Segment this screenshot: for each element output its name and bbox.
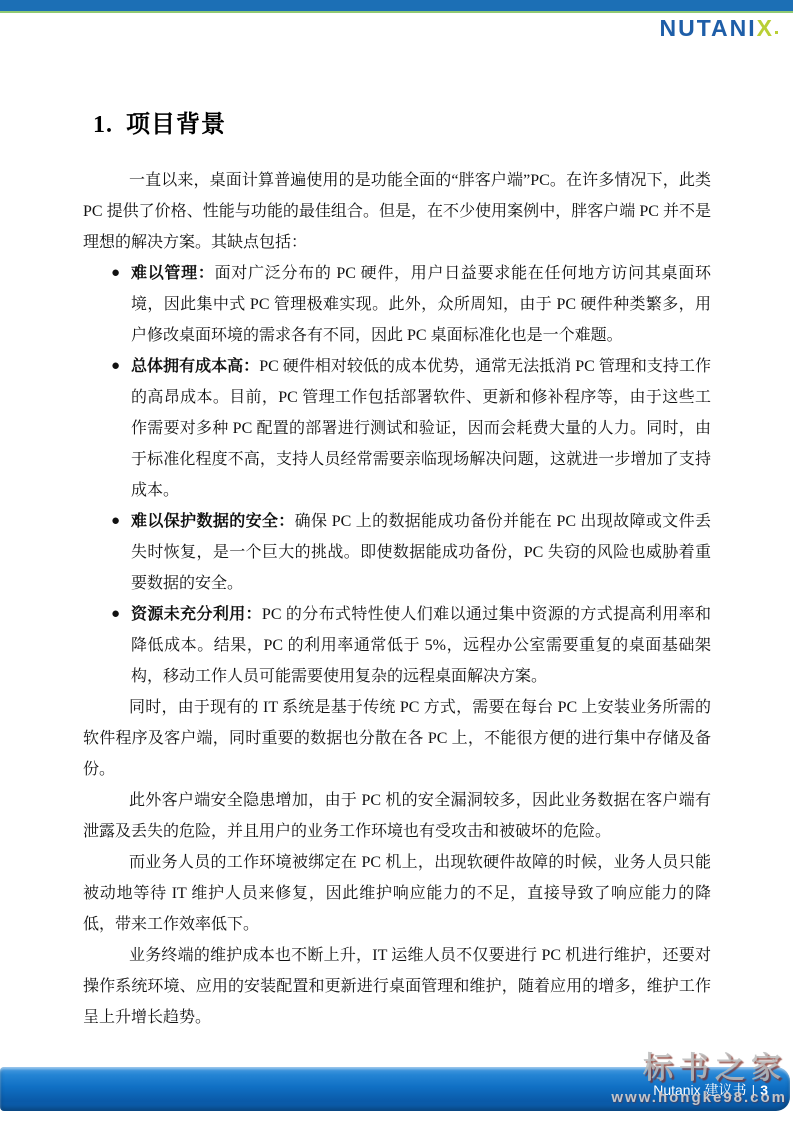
drawback-list: ●难以管理：面对广泛分布的 PC 硬件，用户日益要求能在任何地方访问其桌面环境，… — [83, 258, 711, 692]
header-bar — [0, 0, 793, 13]
bullet-lead: 资源未充分利用： — [131, 606, 262, 623]
bullet-icon: ● — [111, 351, 120, 382]
footer-separator: | — [752, 1082, 756, 1098]
section-title-text: 项目背景 — [126, 111, 226, 138]
section-number: 1. — [93, 112, 113, 138]
list-item: ●资源未充分利用：PC 的分布式特性使人们难以通过集中资源的方式提高利用率和降低… — [83, 599, 711, 692]
document-content: 1.项目背景 一直以来，桌面计算普遍使用的是功能全面的“胖客户端”PC。在许多情… — [83, 13, 711, 1033]
list-item: ●难以管理：面对广泛分布的 PC 硬件，用户日益要求能在任何地方访问其桌面环境，… — [83, 258, 711, 351]
paragraph: 此外客户端安全隐患增加，由于 PC 机的安全漏洞较多，因此业务数据在客户端有泄露… — [83, 785, 711, 847]
list-item: ●总体拥有成本高：PC 硬件相对较低的成本优势，通常无法抵消 PC 管理和支持工… — [83, 351, 711, 506]
paragraph: 同时，由于现有的 IT 系统是基于传统 PC 方式，需要在每台 PC 上安装业务… — [83, 692, 711, 785]
bullet-lead: 难以管理： — [131, 265, 215, 282]
footer-bar: Nutanix 建议书|3 — [0, 1067, 790, 1111]
list-item: ●难以保护数据的安全：确保 PC 上的数据能成功备份并能在 PC 出现故障或文件… — [83, 506, 711, 599]
bullet-text: PC 硬件相对较低的成本优势，通常无法抵消 PC 管理和支持工作的高昂成本。目前… — [131, 358, 711, 499]
footer-text: Nutanix 建议书|3 — [653, 1080, 768, 1100]
bullet-lead: 难以保护数据的安全： — [131, 513, 295, 530]
paragraph: 而业务人员的工作环境被绑定在 PC 机上，出现软硬件故障的时候，业务人员只能被动… — [83, 847, 711, 940]
paragraph: 业务终端的维护成本也不断上升，IT 运维人员不仅要进行 PC 机进行维护，还要对… — [83, 940, 711, 1033]
logo-x-letter: X — [757, 15, 774, 41]
footer-page-number: 3 — [760, 1082, 768, 1098]
bullet-lead: 总体拥有成本高： — [131, 358, 259, 375]
bullet-icon: ● — [111, 506, 120, 537]
bullet-icon: ● — [111, 599, 120, 630]
footer-doc-name: Nutanix 建议书 — [653, 1082, 746, 1098]
bullet-text: 面对广泛分布的 PC 硬件，用户日益要求能在任何地方访问其桌面环境，因此集中式 … — [131, 265, 711, 344]
intro-paragraph: 一直以来，桌面计算普遍使用的是功能全面的“胖客户端”PC。在许多情况下，此类 P… — [83, 165, 711, 258]
bullet-icon: ● — [111, 258, 120, 289]
document-page: NUTANIX 1.项目背景 一直以来，桌面计算普遍使用的是功能全面的“胖客户端… — [0, 0, 793, 1122]
section-title: 1.项目背景 — [93, 108, 711, 142]
logo-trademark-dot — [775, 31, 778, 34]
